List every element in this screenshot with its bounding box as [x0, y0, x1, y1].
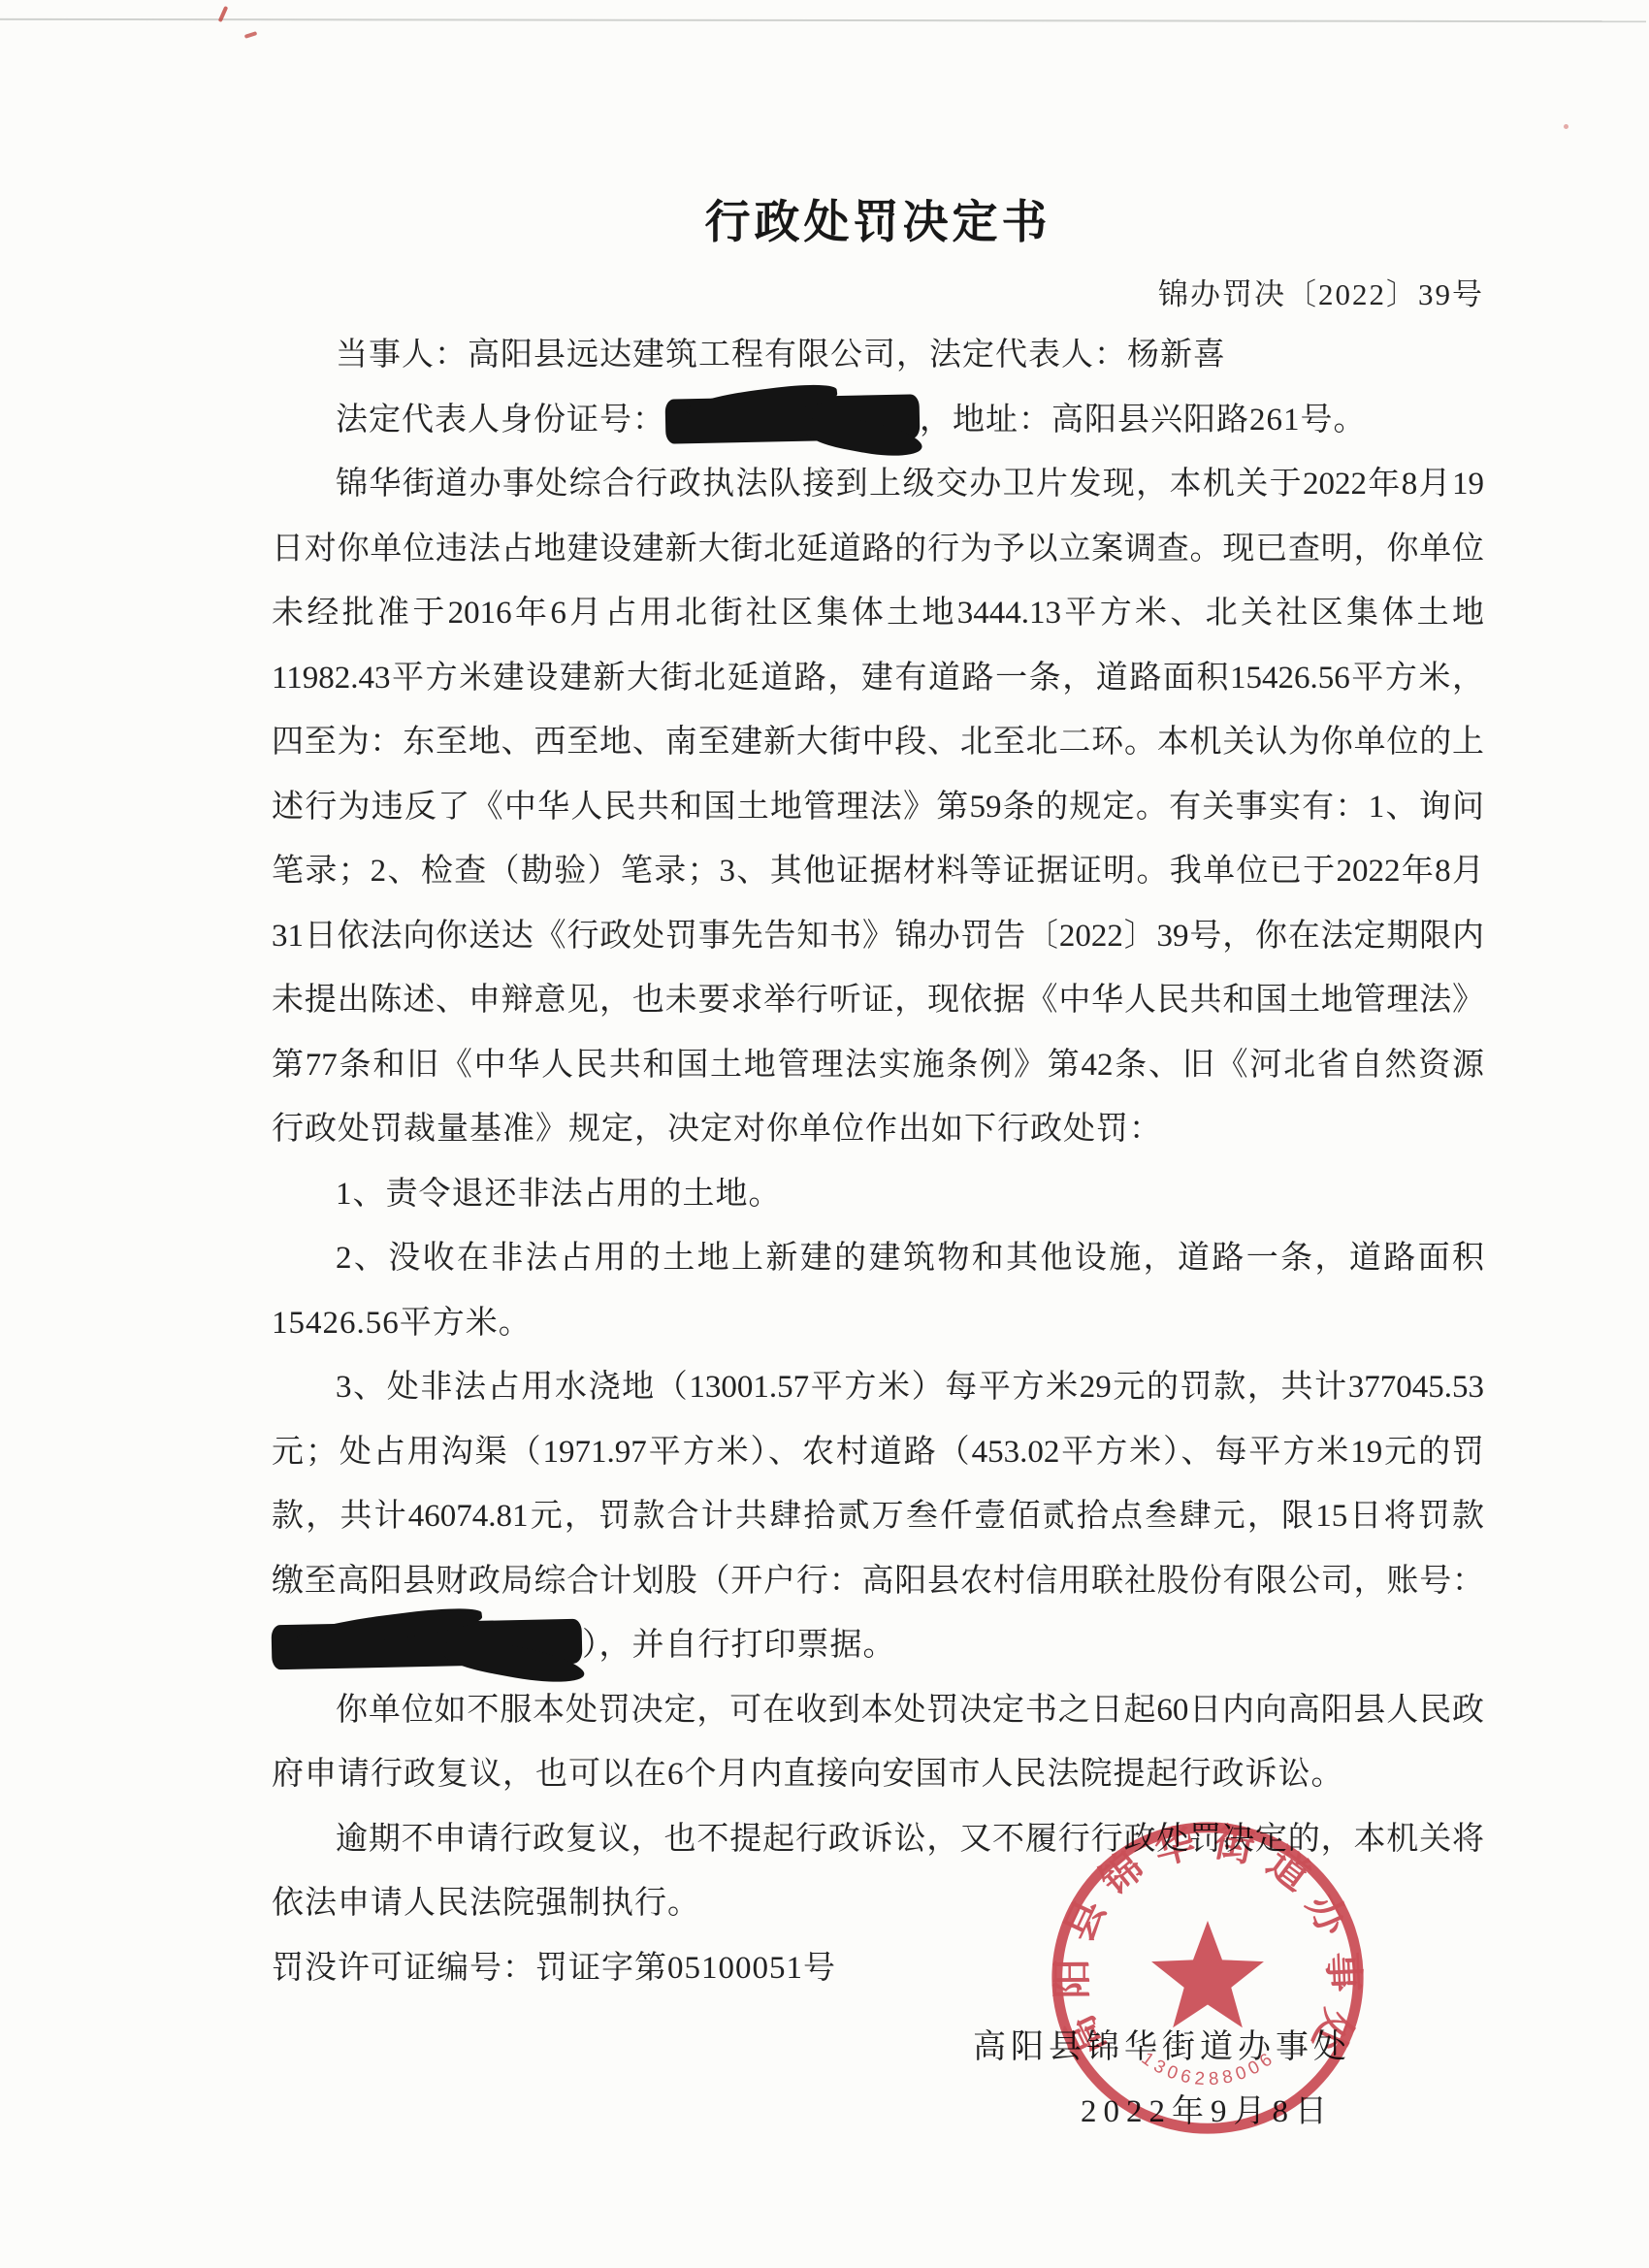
body-line: 笔录；2、检查（勘验）笔录；3、其他证据材料等证据证明。我单位已于2022年8月 — [272, 839, 1484, 904]
seal-star-icon — [1151, 1921, 1264, 2027]
body-line: 府申请行政复议，也可以在6个月内直接向安国市人民法院提起行政诉讼。 — [272, 1742, 1484, 1807]
body-line-text: 1、责令退还非法占用的土地。 — [336, 1177, 782, 1212]
body-line-text: 罚没许可证编号：罚证字第05100051号 — [272, 1951, 836, 1986]
body-line-text: 四至为：东至地、西至地、南至建新大街中段、北至北二环。本机关认为你单位的上 — [272, 725, 1484, 760]
body-line-text: 笔录；2、检查（勘验）笔录；3、其他证据材料等证据证明。我单位已于2022年8月 — [272, 854, 1484, 889]
redacted-account-number — [272, 1619, 583, 1670]
body-line: 四至为：东至地、西至地、南至建新大街中段、北至北二环。本机关认为你单位的上 — [272, 710, 1484, 775]
body-line-text: ），并自行打印票据。 — [582, 1628, 896, 1663]
penalty-decision-document: 行政处罚决定书 锦办罚决〔2022〕39号 当事人：高阳县远达建筑工程有限公司，… — [0, 0, 1649, 2268]
body-line: 15426.56平方米。 — [272, 1291, 1484, 1356]
body-line-text: 行政处罚裁量基准》规定，决定对你单位作出如下行政处罚： — [272, 1112, 1162, 1147]
body-line: 2、没收在非法占用的土地上新建的建筑物和其他设施，道路一条，道路面积 — [272, 1226, 1484, 1291]
body-line: 11982.43平方米建设建新大街北延道路，建有道路一条，道路面积15426.5… — [272, 646, 1484, 711]
body-line-text: 述行为违反了《中华人民共和国土地管理法》第59条的规定。有关事实有：1、询问 — [272, 790, 1484, 825]
body-line: 法定代表人身份证号：，地址：高阳县兴阳路261号。 — [272, 388, 1484, 453]
scan-edge-line — [0, 18, 1646, 22]
red-speck — [1564, 124, 1568, 129]
body-line-text: 11982.43平方米建设建新大街北延道路，建有道路一条，道路面积15426.5… — [272, 661, 1484, 696]
body-text: 当事人：高阳县远达建筑工程有限公司，法定代表人：杨新喜法定代表人身份证号：，地址… — [272, 323, 1484, 2000]
body-line-text: 未经批准于2016年6月占用北街社区集体土地3444.13平方米、北关社区集体土… — [272, 596, 1484, 631]
document-number: 锦办罚决〔2022〕39号 — [272, 270, 1484, 313]
body-line: 3、处非法占用水浇地（13001.57平方米）每平方米29元的罚款，共计3770… — [272, 1355, 1484, 1420]
body-line-text: 15426.56平方米。 — [272, 1306, 532, 1341]
body-line: 未经批准于2016年6月占用北街社区集体土地3444.13平方米、北关社区集体土… — [272, 581, 1484, 646]
body-line: 述行为违反了《中华人民共和国土地管理法》第59条的规定。有关事实有：1、询问 — [272, 775, 1484, 840]
body-line-text: 2、没收在非法占用的土地上新建的建筑物和其他设施，道路一条，道路面积 — [336, 1241, 1484, 1276]
document-title: 行政处罚决定书 — [272, 186, 1484, 251]
body-line-text: 日对你单位违法占地建设建新大街北延道路的行为予以立案调查。现已查明，你单位 — [272, 532, 1484, 567]
body-line-text: 未提出陈述、申辩意见，也未要求举行听证，现依据《中华人民共和国土地管理法》 — [272, 983, 1484, 1018]
body-line: 1、责令退还非法占用的土地。 — [272, 1162, 1484, 1227]
body-line: ），并自行打印票据。 — [272, 1613, 1484, 1678]
body-line-text: 缴至高阳县财政局综合计划股（开户行：高阳县农村信用联社股份有限公司，账号： — [272, 1564, 1484, 1599]
body-line-text: 款，共计46074.81元，罚款合计共肆拾贰万叁仟壹佰贰拾点叁肆元，限15日将罚… — [272, 1499, 1484, 1534]
body-line-text: 31日依法向你送达《行政处罚事先告知书》锦办罚告〔2022〕39号，你在法定期限… — [272, 919, 1484, 954]
body-line: 第77条和旧《中华人民共和国土地管理法实施条例》第42条、旧《河北省自然资源 — [272, 1033, 1484, 1098]
body-line: 你单位如不服本处罚决定，可在收到本处罚决定书之日起60日内向高阳县人民政 — [272, 1678, 1484, 1743]
body-line: 行政处罚裁量基准》规定，决定对你单位作出如下行政处罚： — [272, 1097, 1484, 1162]
body-line: 31日依法向你送达《行政处罚事先告知书》锦办罚告〔2022〕39号，你在法定期限… — [272, 904, 1484, 969]
redacted-id-number — [665, 394, 921, 443]
body-line-text: 锦华街道办事处综合行政执法队接到上级交办卫片发现，本机关于2022年8月19 — [336, 467, 1484, 502]
body-line-text: 3、处非法占用水浇地（13001.57平方米）每平方米29元的罚款，共计3770… — [336, 1370, 1484, 1405]
official-seal: 高阳县锦华街道办事处 1306288006 — [1046, 1816, 1370, 2140]
body-line-text: 第77条和旧《中华人民共和国土地管理法实施条例》第42条、旧《河北省自然资源 — [272, 1048, 1484, 1083]
body-line: 当事人：高阳县远达建筑工程有限公司，法定代表人：杨新喜 — [272, 323, 1484, 388]
body-line: 未提出陈述、申辩意见，也未要求举行听证，现依据《中华人民共和国土地管理法》 — [272, 968, 1484, 1033]
body-line-text: 府申请行政复议，也可以在6个月内直接向安国市人民法院提起行政诉讼。 — [272, 1757, 1344, 1792]
body-line: 款，共计46074.81元，罚款合计共肆拾贰万叁仟壹佰贰拾点叁肆元，限15日将罚… — [272, 1484, 1484, 1549]
seal-code-text: 1306288006 — [1138, 2048, 1276, 2089]
body-line-text: 当事人：高阳县远达建筑工程有限公司，法定代表人：杨新喜 — [336, 338, 1226, 373]
body-line-text: 元；处占用沟渠（1971.97平方米）、农村道路（453.02平方米）、每平方米… — [272, 1435, 1484, 1470]
body-line: 锦华街道办事处综合行政执法队接到上级交办卫片发现，本机关于2022年8月19 — [272, 452, 1484, 517]
body-line: 日对你单位违法占地建设建新大街北延道路的行为予以立案调查。现已查明，你单位 — [272, 517, 1484, 582]
body-line: 元；处占用沟渠（1971.97平方米）、农村道路（453.02平方米）、每平方米… — [272, 1420, 1484, 1485]
body-line-text: 依法申请人民法院强制执行。 — [272, 1886, 700, 1921]
body-line-text: 你单位如不服本处罚决定，可在收到本处罚决定书之日起60日内向高阳县人民政 — [336, 1693, 1484, 1728]
body-line-text: 法定代表人身份证号： — [336, 403, 665, 437]
body-line-text: ，地址：高阳县兴阳路261号。 — [920, 403, 1367, 437]
red-pen-mark — [244, 31, 258, 39]
body-line: 缴至高阳县财政局综合计划股（开户行：高阳县农村信用联社股份有限公司，账号： — [272, 1549, 1484, 1614]
